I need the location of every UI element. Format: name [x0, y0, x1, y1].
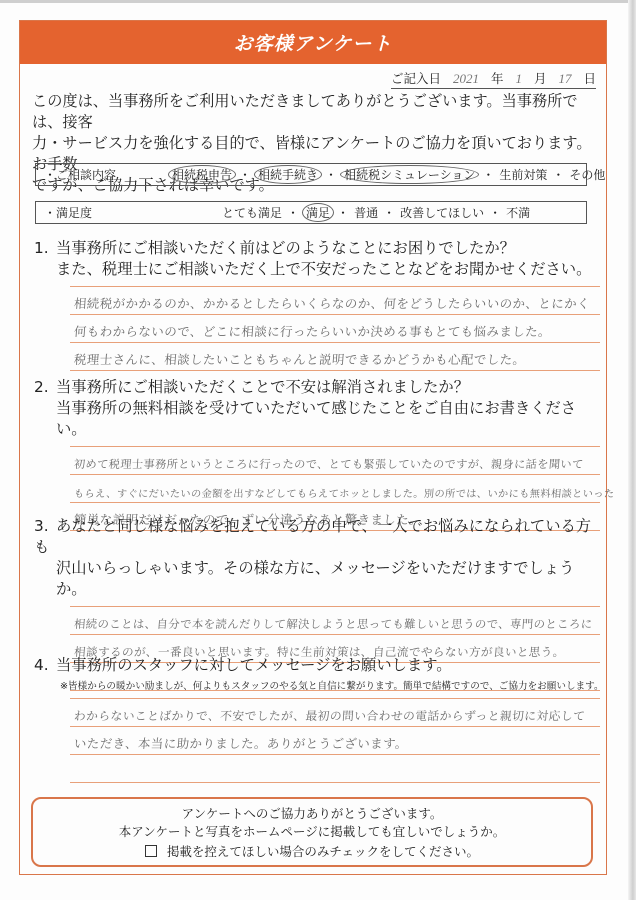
answer-line: 相続税がかかるのか、かかるとしたらいくらなのか、何をどうしたらいいのか、とにかく	[70, 287, 600, 315]
entry-date: ご記入日 2021 年 1 月 17 日	[391, 69, 596, 89]
opt-out-checkbox[interactable]	[145, 845, 157, 857]
option-satisfied[interactable]: 満足	[302, 203, 334, 222]
rule-line	[70, 692, 600, 699]
publication-consent-box: アンケートへのご協力ありがとうございます。 本アンケートと写真をホームページに掲…	[31, 797, 593, 867]
question-title: 2.当事務所にご相談いただくことで不安は解消されましたか？ 当事務所の無料相談を…	[34, 377, 604, 440]
rule-line	[70, 600, 600, 607]
option-inheritance-tax-filing[interactable]: 相続税申告	[168, 165, 236, 184]
publication-question: 本アンケートと写真をホームページに掲載しても宜しいでしょうか。	[33, 823, 591, 841]
question-note: ※皆様からの暖かい励ましが、何よりもスタッフのやる気と自信に繋がります。簡単で結…	[34, 678, 604, 692]
day-unit: 日	[583, 69, 596, 87]
option-dissatisfied[interactable]: 不満	[504, 204, 532, 221]
consultation-label: ・ご相談内容	[44, 166, 116, 183]
satisfaction-options: とても満足・ 満足・ 普通・ 改善してほしい・ 不満	[220, 203, 532, 222]
date-day-value[interactable]: 17	[552, 71, 577, 87]
consultation-type-box: ・ご相談内容 相続税申告・ 相続手続き・ 相続税シミュレーション・ 生前対策・ …	[35, 163, 587, 186]
intro-line: この度は、当事務所をご利用いただきましてありがとうございます。当事務所では、接客	[32, 91, 598, 133]
question-title: 4.当事務所のスタッフに対してメッセージをお願いします。	[34, 655, 604, 676]
question-2: 2.当事務所にご相談いただくことで不安は解消されましたか？ 当事務所の無料相談を…	[34, 377, 604, 531]
form-title: お客様アンケート	[234, 29, 393, 56]
answer-line: もらえ、すぐにだいたいの金額を出すなどしてもらえてホッとしました。別の所では、い…	[70, 475, 600, 503]
answer-area[interactable]: わからないことばかりで、不安でしたが、最初の問い合わせの電話からずっと親切に対応…	[70, 692, 600, 783]
date-label: ご記入日	[391, 69, 441, 87]
rule-line	[70, 280, 600, 287]
satisfaction-box: ・満足度 とても満足・ 満足・ 普通・ 改善してほしい・ 不満	[35, 201, 587, 224]
option-pre-death-planning[interactable]: 生前対策	[497, 166, 549, 183]
survey-form: お客様アンケート ご記入日 2021 年 1 月 17 日 この度は、当事務所を…	[19, 20, 607, 875]
question-4: 4.当事務所のスタッフに対してメッセージをお願いします。 ※皆様からの暖かい励ま…	[34, 655, 604, 783]
answer-line: いただき、本当に助かりました。ありがとうございます。	[70, 727, 600, 755]
scan-edge-right	[628, 0, 636, 900]
answer-line: わからないことばかりで、不安でしたが、最初の問い合わせの電話からずっと親切に対応…	[70, 699, 600, 727]
answer-line	[70, 755, 600, 783]
answer-line: 何もわからないので、どこに相談に行ったらいいか決める事もとても悩みました。	[70, 315, 600, 343]
option-very-satisfied[interactable]: とても満足	[220, 204, 284, 221]
option-tax-simulation[interactable]: 相続税シミュレーション	[340, 165, 479, 184]
answer-line: 税理士さんに、相談したいこともちゃんと説明できるかどうかも心配でした。	[70, 343, 600, 371]
option-needs-improvement[interactable]: 改善してほしい	[398, 204, 486, 221]
option-other[interactable]: その他	[567, 166, 607, 183]
consultation-options: 相続税申告・ 相続手続き・ 相続税シミュレーション・ 生前対策・ その他	[168, 165, 607, 184]
opt-out-label: 掲載を控えてほしい場合のみチェックをしてください。	[167, 844, 479, 859]
answer-line: 相続のことは、自分で本を読んだりして解決しようと思っても難しいと思うので、専門の…	[70, 607, 600, 635]
header-bar: お客様アンケート	[20, 21, 606, 64]
rule-line	[70, 440, 600, 447]
answer-area[interactable]: 相続税がかかるのか、かかるとしたらいくらなのか、何をどうしたらいいのか、とにかく…	[70, 280, 600, 371]
date-year-value[interactable]: 2021	[447, 71, 485, 87]
question-1: 1.当事務所にご相談いただく前はどのようなことにお困りでしたか？ また、税理士に…	[34, 238, 604, 371]
thank-you-text: アンケートへのご協力ありがとうございます。	[33, 805, 591, 823]
question-title: 3.あなたと同じ様な悩みを抱えている方の中で、一人でお悩みになられている方も 沢…	[34, 516, 604, 600]
scan-edge	[0, 0, 636, 3]
date-month-value[interactable]: 1	[509, 71, 528, 87]
option-average[interactable]: 普通	[352, 204, 380, 221]
year-unit: 年	[491, 69, 504, 87]
month-unit: 月	[534, 69, 547, 87]
question-title: 1.当事務所にご相談いただく前はどのようなことにお困りでしたか？ また、税理士に…	[34, 238, 604, 280]
option-inheritance-procedure[interactable]: 相続手続き	[254, 165, 322, 184]
answer-line: 初めて税理士事務所というところに行ったので、とても緊張していたのですが、親身に話…	[70, 447, 600, 475]
opt-out-row: 掲載を控えてほしい場合のみチェックをしてください。	[33, 843, 591, 861]
satisfaction-label: ・満足度	[44, 204, 92, 221]
